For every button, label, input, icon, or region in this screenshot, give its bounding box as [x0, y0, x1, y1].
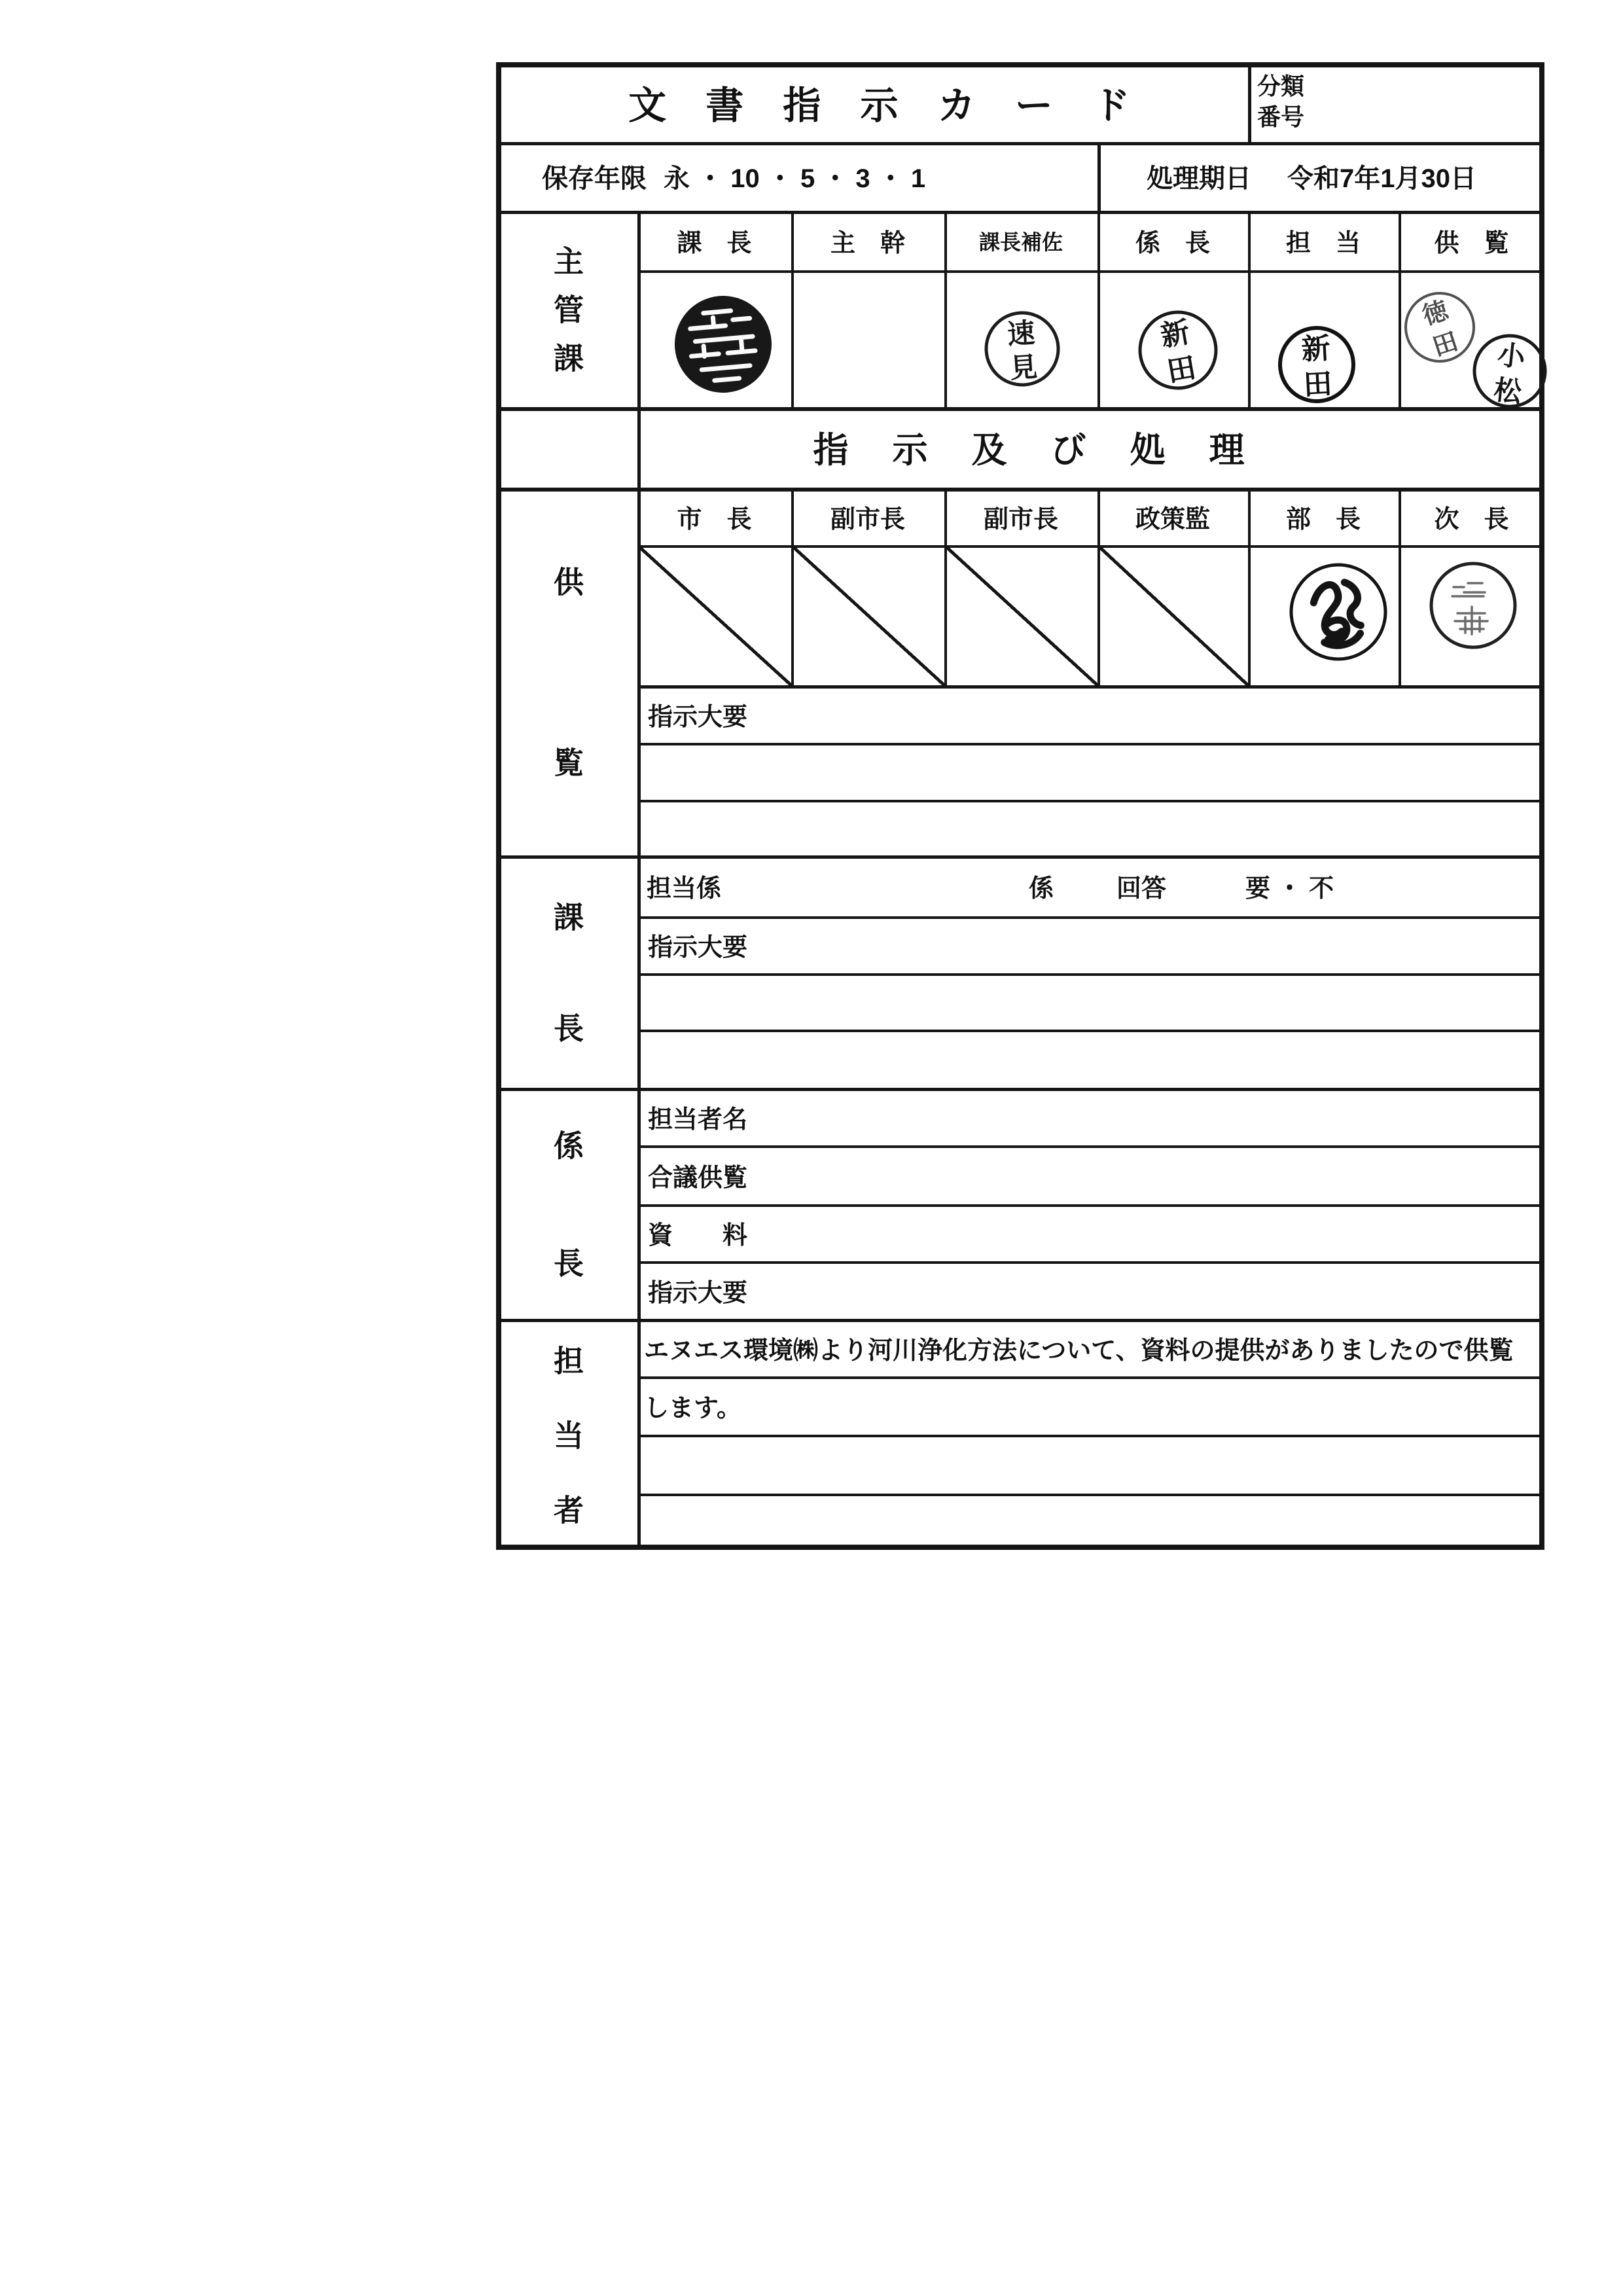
- column-header-jicho: 次 長: [1399, 488, 1544, 545]
- grid-line: [1399, 488, 1401, 685]
- slash-cell-fukushicho-1: [791, 545, 944, 685]
- column-header-fukushicho-1: 副市長: [791, 488, 944, 545]
- processing-date-label: 処理期日: [1147, 158, 1251, 195]
- column-header-kakaricho: 係 長: [1097, 211, 1248, 270]
- grid-line: [637, 800, 1544, 802]
- grid-line: [496, 1088, 1544, 1091]
- grid-line: [1097, 142, 1101, 211]
- grid-line: [637, 1204, 1544, 1207]
- supervising-section-label-cell: 主管課: [496, 211, 637, 407]
- grid-line: [496, 855, 1544, 859]
- grid-line: [637, 973, 1544, 976]
- classification-number-cell: 分類 番号: [1248, 62, 1554, 142]
- processing-date-cell: 処理期日 令和7年1月30日: [1097, 142, 1594, 211]
- retention-period-cell: 保存年限 永 ・ 10 ・ 5 ・ 3 ・ 1: [496, 142, 1143, 211]
- grid-line: [1399, 211, 1401, 407]
- grid-line: [637, 1030, 1544, 1032]
- hanko-stamp-nitta-tanto: 新 田: [1276, 324, 1357, 405]
- column-header-tanto: 担 当: [1248, 211, 1399, 270]
- yo-fu-label: 要 ・ 不: [1245, 855, 1334, 916]
- svg-text:新: 新: [1158, 316, 1192, 353]
- column-header-kachohosa: 課長補佐: [944, 211, 1097, 270]
- staff-member-label: 担当者: [552, 1345, 582, 1569]
- section-chief-label-cell: 課長: [496, 855, 637, 1088]
- instruction-summary-row-kacho: 指示大要: [637, 916, 1555, 973]
- svg-text:田: 田: [1302, 368, 1333, 401]
- instruction-summary-row-kakaricho: 指示大要: [637, 1261, 1555, 1319]
- svg-text:見: 見: [1008, 351, 1038, 384]
- hanko-stamp-nitta-kakaricho: 新 田: [1135, 308, 1221, 393]
- grid-line: [496, 62, 1544, 67]
- grid-line: [637, 1261, 1544, 1264]
- grid-line: [1248, 211, 1251, 407]
- grid-line: [637, 916, 1544, 919]
- grid-line: [637, 685, 1544, 689]
- column-header-bucho: 部 長: [1248, 488, 1399, 545]
- grid-line: [1097, 488, 1100, 685]
- grid-line: [496, 1545, 1544, 1550]
- retention-value: 永 ・ 10 ・ 5 ・ 3 ・ 1: [664, 158, 925, 195]
- classification-label-line1: 分類: [1257, 71, 1304, 102]
- grid-line: [791, 488, 794, 685]
- grid-line: [1097, 211, 1100, 407]
- grid-line: [637, 1145, 1544, 1148]
- retention-label: 保存年限: [542, 158, 647, 195]
- column-header-kacho: 課 長: [637, 211, 791, 270]
- svg-text:小: 小: [1496, 339, 1527, 372]
- processing-date-value: 令和7年1月30日: [1287, 158, 1476, 195]
- svg-text:速: 速: [1007, 317, 1036, 350]
- grid-line: [637, 545, 1544, 548]
- grid-line: [496, 142, 1544, 145]
- circulation-section-label-cell: 供覧: [496, 488, 637, 855]
- staff-note-line-2: します。: [637, 1376, 1551, 1435]
- svg-text:新: 新: [1301, 332, 1332, 366]
- grid-line: [944, 488, 947, 685]
- subsection-chief-label-cell: 係長: [496, 1088, 637, 1319]
- grid-line: [637, 1494, 1544, 1496]
- supervising-section-label: 主管課: [552, 245, 582, 391]
- materials-row: 資 料: [637, 1204, 1555, 1261]
- slash-cell-seisakukan: [1097, 545, 1248, 685]
- hanko-stamp-komatsu: 小 松: [1471, 332, 1548, 410]
- kakari-label: 係: [1029, 855, 1054, 916]
- grid-line: [637, 743, 1544, 745]
- grid-line: [791, 211, 794, 407]
- grid-line: [1248, 62, 1251, 142]
- grid-line: [637, 1435, 1544, 1437]
- tanto-kakari-label: 担当係: [647, 855, 721, 916]
- form-title: 文 書 指 示 カ ー ド: [496, 62, 1262, 142]
- column-header-seisakukan: 政策監: [1097, 488, 1248, 545]
- staff-member-label-cell: 担当者: [496, 1319, 637, 1550]
- column-header-fukushicho-2: 副市長: [944, 488, 1097, 545]
- column-header-kyoran: 供 覧: [1399, 211, 1544, 270]
- grid-line: [496, 211, 1544, 214]
- grid-line: [637, 270, 1544, 273]
- classification-label-line2: 番号: [1257, 102, 1304, 133]
- svg-text:徳: 徳: [1419, 296, 1452, 331]
- grid-line: [944, 211, 947, 407]
- person-in-charge-name-row: 担当者名: [637, 1088, 1555, 1145]
- hanko-stamp-bucho-illegible: [1286, 560, 1391, 664]
- grid-line: [496, 1319, 1544, 1322]
- svg-text:松: 松: [1492, 374, 1524, 408]
- hanko-stamp-kacho-illegible: [669, 291, 777, 398]
- joint-circulation-row: 合議供覧: [637, 1145, 1555, 1204]
- grid-line: [637, 211, 641, 1550]
- grid-line: [496, 488, 1544, 492]
- slash-cell-shicho: [637, 545, 791, 685]
- grid-line: [1248, 488, 1251, 685]
- grid-line: [1539, 62, 1544, 1550]
- instruction-and-processing-banner: 指 示 及 び 処 理: [496, 407, 1561, 488]
- slash-cell-fukushicho-2: [944, 545, 1097, 685]
- column-header-shicho: 市 長: [637, 488, 791, 545]
- hanko-stamp-tokuda: 徳 田: [1402, 289, 1478, 365]
- grid-line: [496, 407, 1544, 411]
- document-instruction-card-form: 文 書 指 示 カ ー ド 分類 番号 保存年限 永 ・ 10 ・ 5 ・ 3 …: [496, 62, 1544, 1550]
- instruction-summary-row-kyoran: 指示大要: [637, 685, 1555, 743]
- grid-line: [637, 1376, 1544, 1379]
- hanko-stamp-hayami: 速 見: [982, 309, 1062, 389]
- scanned-document-page: 文 書 指 示 カ ー ド 分類 番号 保存年限 永 ・ 10 ・ 5 ・ 3 …: [0, 0, 1623, 2296]
- column-header-shukan: 主 幹: [791, 211, 944, 270]
- hanko-stamp-jicho-illegible: [1427, 560, 1519, 651]
- svg-text:田: 田: [1164, 351, 1198, 388]
- kaito-label: 回答: [1116, 855, 1166, 916]
- grid-line: [496, 62, 501, 1550]
- staff-note-line-1: エヌエス環境㈱より河川浄化方法について、資料の提供がありましたので供覧: [637, 1319, 1551, 1376]
- kacho-assignment-row: 担当係 係 回答 要 ・ 不: [637, 855, 1544, 916]
